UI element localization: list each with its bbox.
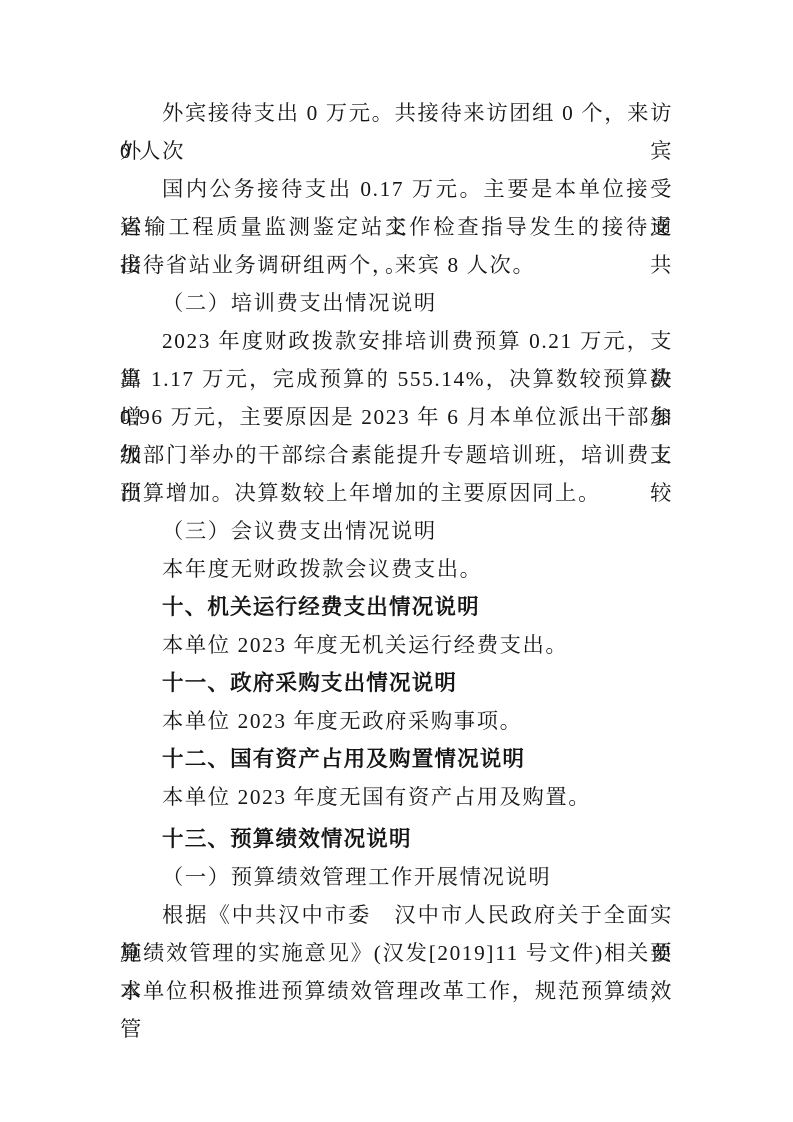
document-line: 本单位 2023 年度无政府采购事项。 — [120, 702, 673, 740]
document-line: 本单位 2023 年度无国有资产占用及购置。 — [120, 778, 673, 816]
document-line: 外宾接待支出 0 万元。共接待来访团组 0 个，来访外宾 — [120, 94, 673, 132]
document-line: 本单位 2023 年度无机关运行经费支出。 — [120, 626, 673, 664]
document-line: 根据《中共汉中市委 汉中市人民政府关于全面实施预 — [120, 896, 673, 934]
document-page: 外宾接待支出 0 万元。共接待来访团组 0 个，来访外宾 0 人次 国内公务接待… — [0, 0, 793, 1122]
document-text-block: 外宾接待支出 0 万元。共接待来访团组 0 个，来访外宾 0 人次 国内公务接待… — [120, 94, 673, 1010]
section-heading: 十三、预算绩效情况说明 — [120, 820, 673, 858]
document-line: 0.96 万元，主要原因是 2023 年 6 月本单位派出干部参加上 — [120, 398, 673, 436]
subsection-heading: （三）会议费支出情况说明 — [120, 512, 673, 550]
section-heading: 十二、国有资产占用及购置情况说明 — [120, 740, 673, 778]
subsection-heading: （一）预算绩效管理工作开展情况说明 — [120, 858, 673, 896]
document-line: 本年度无财政拨款会议费支出。 — [120, 550, 673, 588]
document-line: 本单位积极推进预算绩效管理改革工作，规范预算绩效管 — [120, 972, 673, 1010]
document-line: 算绩效管理的实施意见》(汉发[2019]11 号文件)相关要求， — [120, 934, 673, 972]
document-line: 2023 年度财政拨款安排培训费预算 0.21 万元，支出决 — [120, 322, 673, 360]
section-heading: 十一、政府采购支出情况说明 — [120, 664, 673, 702]
subsection-heading: （二）培训费支出情况说明 — [120, 284, 673, 322]
section-heading: 十、机关运行经费支出情况说明 — [120, 588, 673, 626]
document-line: 国内公务接待支出 0.17 万元。主要是本单位接受省交通 — [120, 170, 673, 208]
document-line: 算 1.17 万元，完成预算的 555.14%，决算数较预算数增加 — [120, 360, 673, 398]
document-line: 运输工程质量监测鉴定站工作检查指导发生的接待支出。共 — [120, 208, 673, 246]
document-line: 级部门举办的干部综合素能提升专题培训班，培训费支出较 — [120, 436, 673, 474]
document-line: 预算增加。决算数较上年增加的主要原因同上。 — [120, 474, 673, 512]
